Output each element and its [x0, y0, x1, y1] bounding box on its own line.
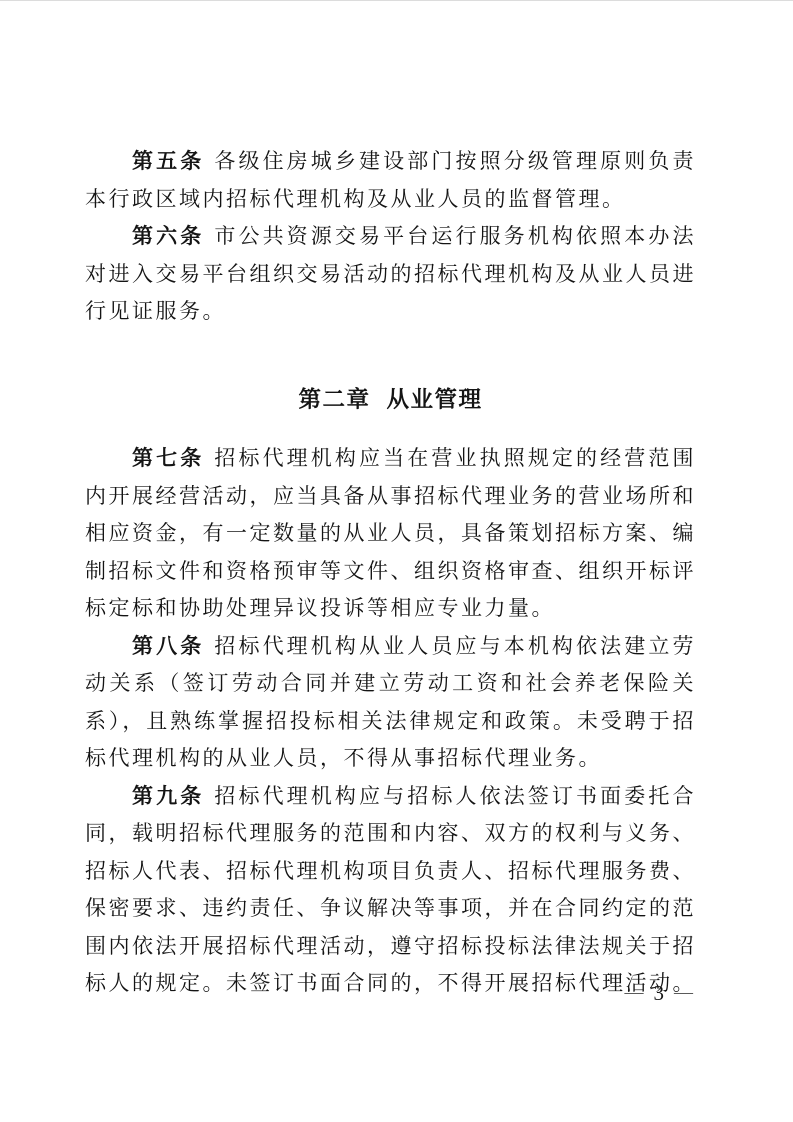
document-body: 第五条各级住房城乡建设部门按照分级管理原则负责本行政区域内招标代理机构及从业人员…: [85, 143, 696, 1003]
document-page: 第五条各级住房城乡建设部门按照分级管理原则负责本行政区域内招标代理机构及从业人员…: [0, 0, 793, 1122]
chapter-number: 第二章: [298, 387, 370, 412]
article-7-label: 第七条: [132, 447, 204, 470]
article-9-label: 第九条: [132, 785, 204, 808]
article-6-label: 第六条: [132, 225, 204, 248]
page-number-right-dash: —: [674, 982, 693, 1003]
article-9-text: 招标代理机构应与招标人依法签订书面委托合同，载明招标代理服务的范围和内容、双方的…: [85, 784, 696, 996]
article-5-label: 第五条: [132, 150, 204, 173]
article-7-paragraph: 第七条招标代理机构应当在营业执照规定的经营范围内开展经营活动，应当具备从事招标代…: [85, 440, 696, 628]
chapter-title: 从业管理: [387, 387, 483, 412]
page-number-left-dash: —: [625, 982, 644, 1003]
article-8-paragraph: 第八条招标代理机构从业人员应与本机构依法建立劳动关系（签订劳动合同并建立劳动工资…: [85, 628, 696, 778]
article-6-paragraph: 第六条市公共资源交易平台运行服务机构依照本办法对进入交易平台组织交易活动的招标代…: [85, 218, 696, 331]
article-5-paragraph: 第五条各级住房城乡建设部门按照分级管理原则负责本行政区域内招标代理机构及从业人员…: [85, 143, 696, 218]
article-8-label: 第八条: [132, 635, 204, 658]
article-7-text: 招标代理机构应当在营业执照规定的经营范围内开展经营活动，应当具备从事招标代理业务…: [85, 446, 696, 620]
article-9-paragraph: 第九条招标代理机构应与招标人依法签订书面委托合同，载明招标代理服务的范围和内容、…: [85, 778, 696, 1003]
page-number-value: 3: [654, 981, 665, 1005]
page-top-scan-edge: [0, 0, 793, 1]
chapter-heading: 第二章从业管理: [85, 381, 696, 419]
page-number: —3—: [625, 980, 694, 1008]
